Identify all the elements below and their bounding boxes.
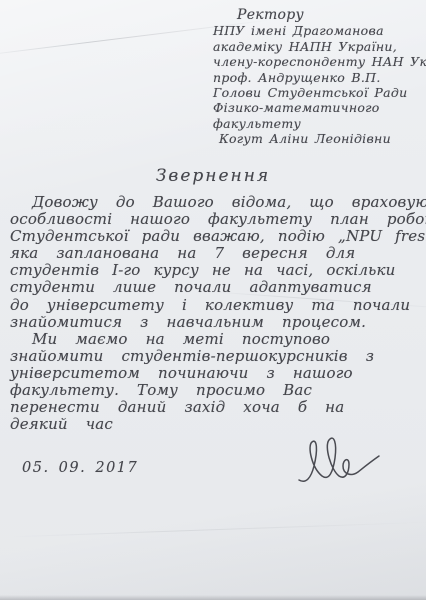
body-line: Ми маємо на меті поступово xyxy=(10,331,420,348)
recipient-line: НПУ імені Драгоманова xyxy=(213,23,423,38)
body-line: Довожу до Вашого відома, що враховуючи xyxy=(10,194,420,211)
body-line: яка запланована на 7 вересня для xyxy=(10,245,420,262)
letter-title: Звернення xyxy=(0,166,426,186)
body-line: Студентської ради вважаю, подію „NPU fre… xyxy=(10,228,420,245)
recipient-line: Фізико-математичного xyxy=(213,100,423,115)
body-line: університетом починаючи з нашого xyxy=(10,365,420,382)
body-line: до університету і колективу та почали xyxy=(10,297,420,314)
letter-body: Довожу до Вашого відома, що враховуючи о… xyxy=(10,194,420,433)
body-line: особливості нашого факультету план робот… xyxy=(10,211,420,228)
signature-scribble-icon xyxy=(293,428,385,486)
recipient-line: Ректору xyxy=(213,8,423,23)
recipient-line: академіку НАПН України, xyxy=(213,39,423,54)
body-line: факультету. Тому просимо Вас xyxy=(10,382,420,399)
letter-date: 05. 09. 2017 xyxy=(22,460,138,476)
body-line: студенти лише почали адаптуватися xyxy=(10,279,420,296)
recipient-line: проф. Андрущенко В.П. xyxy=(213,70,423,85)
body-line: студентів I-го курсу не на часі, оскільк… xyxy=(10,262,420,279)
recipient-line: факультету xyxy=(213,116,423,131)
recipient-line: Когут Аліни Леонідівни xyxy=(213,131,423,146)
body-line: перенести даний захід хоча б на xyxy=(10,399,420,416)
recipient-line: члену-кореспонденту НАН Укр. xyxy=(213,54,423,69)
recipient-line: Голови Студентської Ради xyxy=(213,85,423,100)
scanned-letter-page: Ректору НПУ імені Драгоманова академіку … xyxy=(0,0,426,600)
body-line: знайомити студентів-першокурсників з xyxy=(10,348,420,365)
recipient-block: Ректору НПУ імені Драгоманова академіку … xyxy=(213,8,423,147)
body-line: знайомитися з навчальним процесом. xyxy=(10,314,420,331)
paper-crease xyxy=(10,522,426,538)
